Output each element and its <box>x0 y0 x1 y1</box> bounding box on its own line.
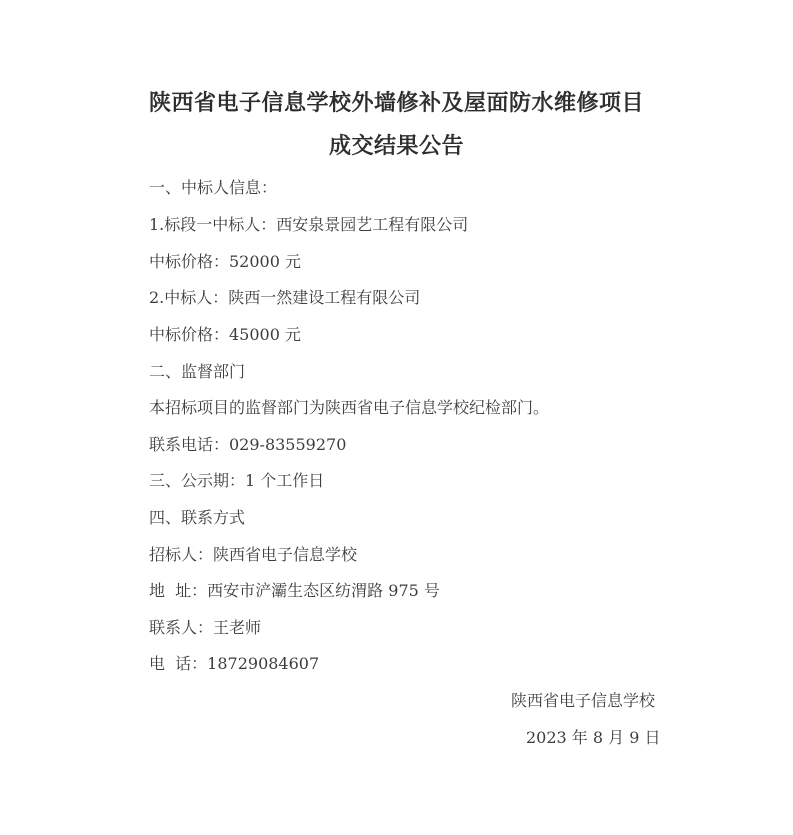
supervision-phone: 联系电话：029-83559270 <box>149 435 346 455</box>
section-heading-publicity-period: 三、公示期：1 个工作日 <box>149 471 324 491</box>
section-heading-winner-info: 一、中标人信息： <box>149 178 277 198</box>
winner-2-price: 中标价格：45000 元 <box>149 325 301 345</box>
winner-1: 1.标段一中标人：西安泉景园艺工程有限公司 <box>149 215 468 235</box>
contact-person: 联系人：王老师 <box>149 618 261 638</box>
contact-address: 地 址：西安市浐灞生态区纺渭路 975 号 <box>149 581 440 601</box>
contact-phone: 电 话：18729084607 <box>149 654 319 674</box>
document-title: 陕西省电子信息学校外墙修补及屋面防水维修项目 <box>0 86 793 117</box>
section-heading-contact: 四、联系方式 <box>149 508 245 528</box>
contact-tenderer: 招标人：陕西省电子信息学校 <box>149 545 357 565</box>
signature-organization: 陕西省电子信息学校 <box>511 691 655 711</box>
winner-2: 2.中标人：陕西一然建设工程有限公司 <box>149 288 420 308</box>
winner-1-price: 中标价格：52000 元 <box>149 252 301 272</box>
supervision-text: 本招标项目的监督部门为陕西省电子信息学校纪检部门。 <box>149 398 549 418</box>
section-heading-supervision: 二、监督部门 <box>149 362 245 382</box>
signature-date: 2023 年 8 月 9 日 <box>526 728 661 748</box>
document-subtitle: 成交结果公告 <box>0 129 793 160</box>
